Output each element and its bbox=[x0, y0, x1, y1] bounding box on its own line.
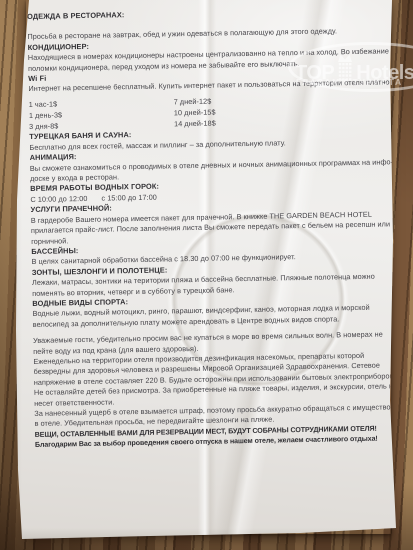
heading-dress-code: ОДЕЖДА В РЕСТОРАНАХ: bbox=[27, 5, 392, 22]
wifi-price-10d: 10 дней-15$ bbox=[174, 107, 216, 119]
note-disinfection-voltage-safety: Еженедельно на территории отеля производ… bbox=[33, 350, 399, 409]
tophotels-watermark: TOP Hotels ГЛАЗАМИ ТУРИСТА bbox=[288, 28, 413, 104]
wifi-price-7d: 7 дней-12$ bbox=[174, 95, 216, 107]
wifi-price-column-short: 1 час-1$ 1 день-3$ 3 дня-8$ bbox=[29, 96, 175, 132]
water-slides-time-1: С 10:00 до 12:00 bbox=[30, 194, 87, 204]
water-slides-time-2: с 15:00 до 17:00 bbox=[101, 193, 157, 203]
photo-canvas: ОДЕЖДА В РЕСТОРАНАХ: Просьба в ресторане… bbox=[0, 0, 413, 550]
watermark-tagline: ГЛАЗАМИ ТУРИСТА bbox=[296, 77, 403, 87]
wifi-price-column-long: 7 дней-12$ 10 дней-15$ 14 дней-18$ bbox=[174, 95, 216, 129]
general-notes: Уважаемые гости, убедительно просим вас … bbox=[33, 329, 400, 429]
wifi-price-14d: 14 дней-18$ bbox=[174, 118, 216, 130]
